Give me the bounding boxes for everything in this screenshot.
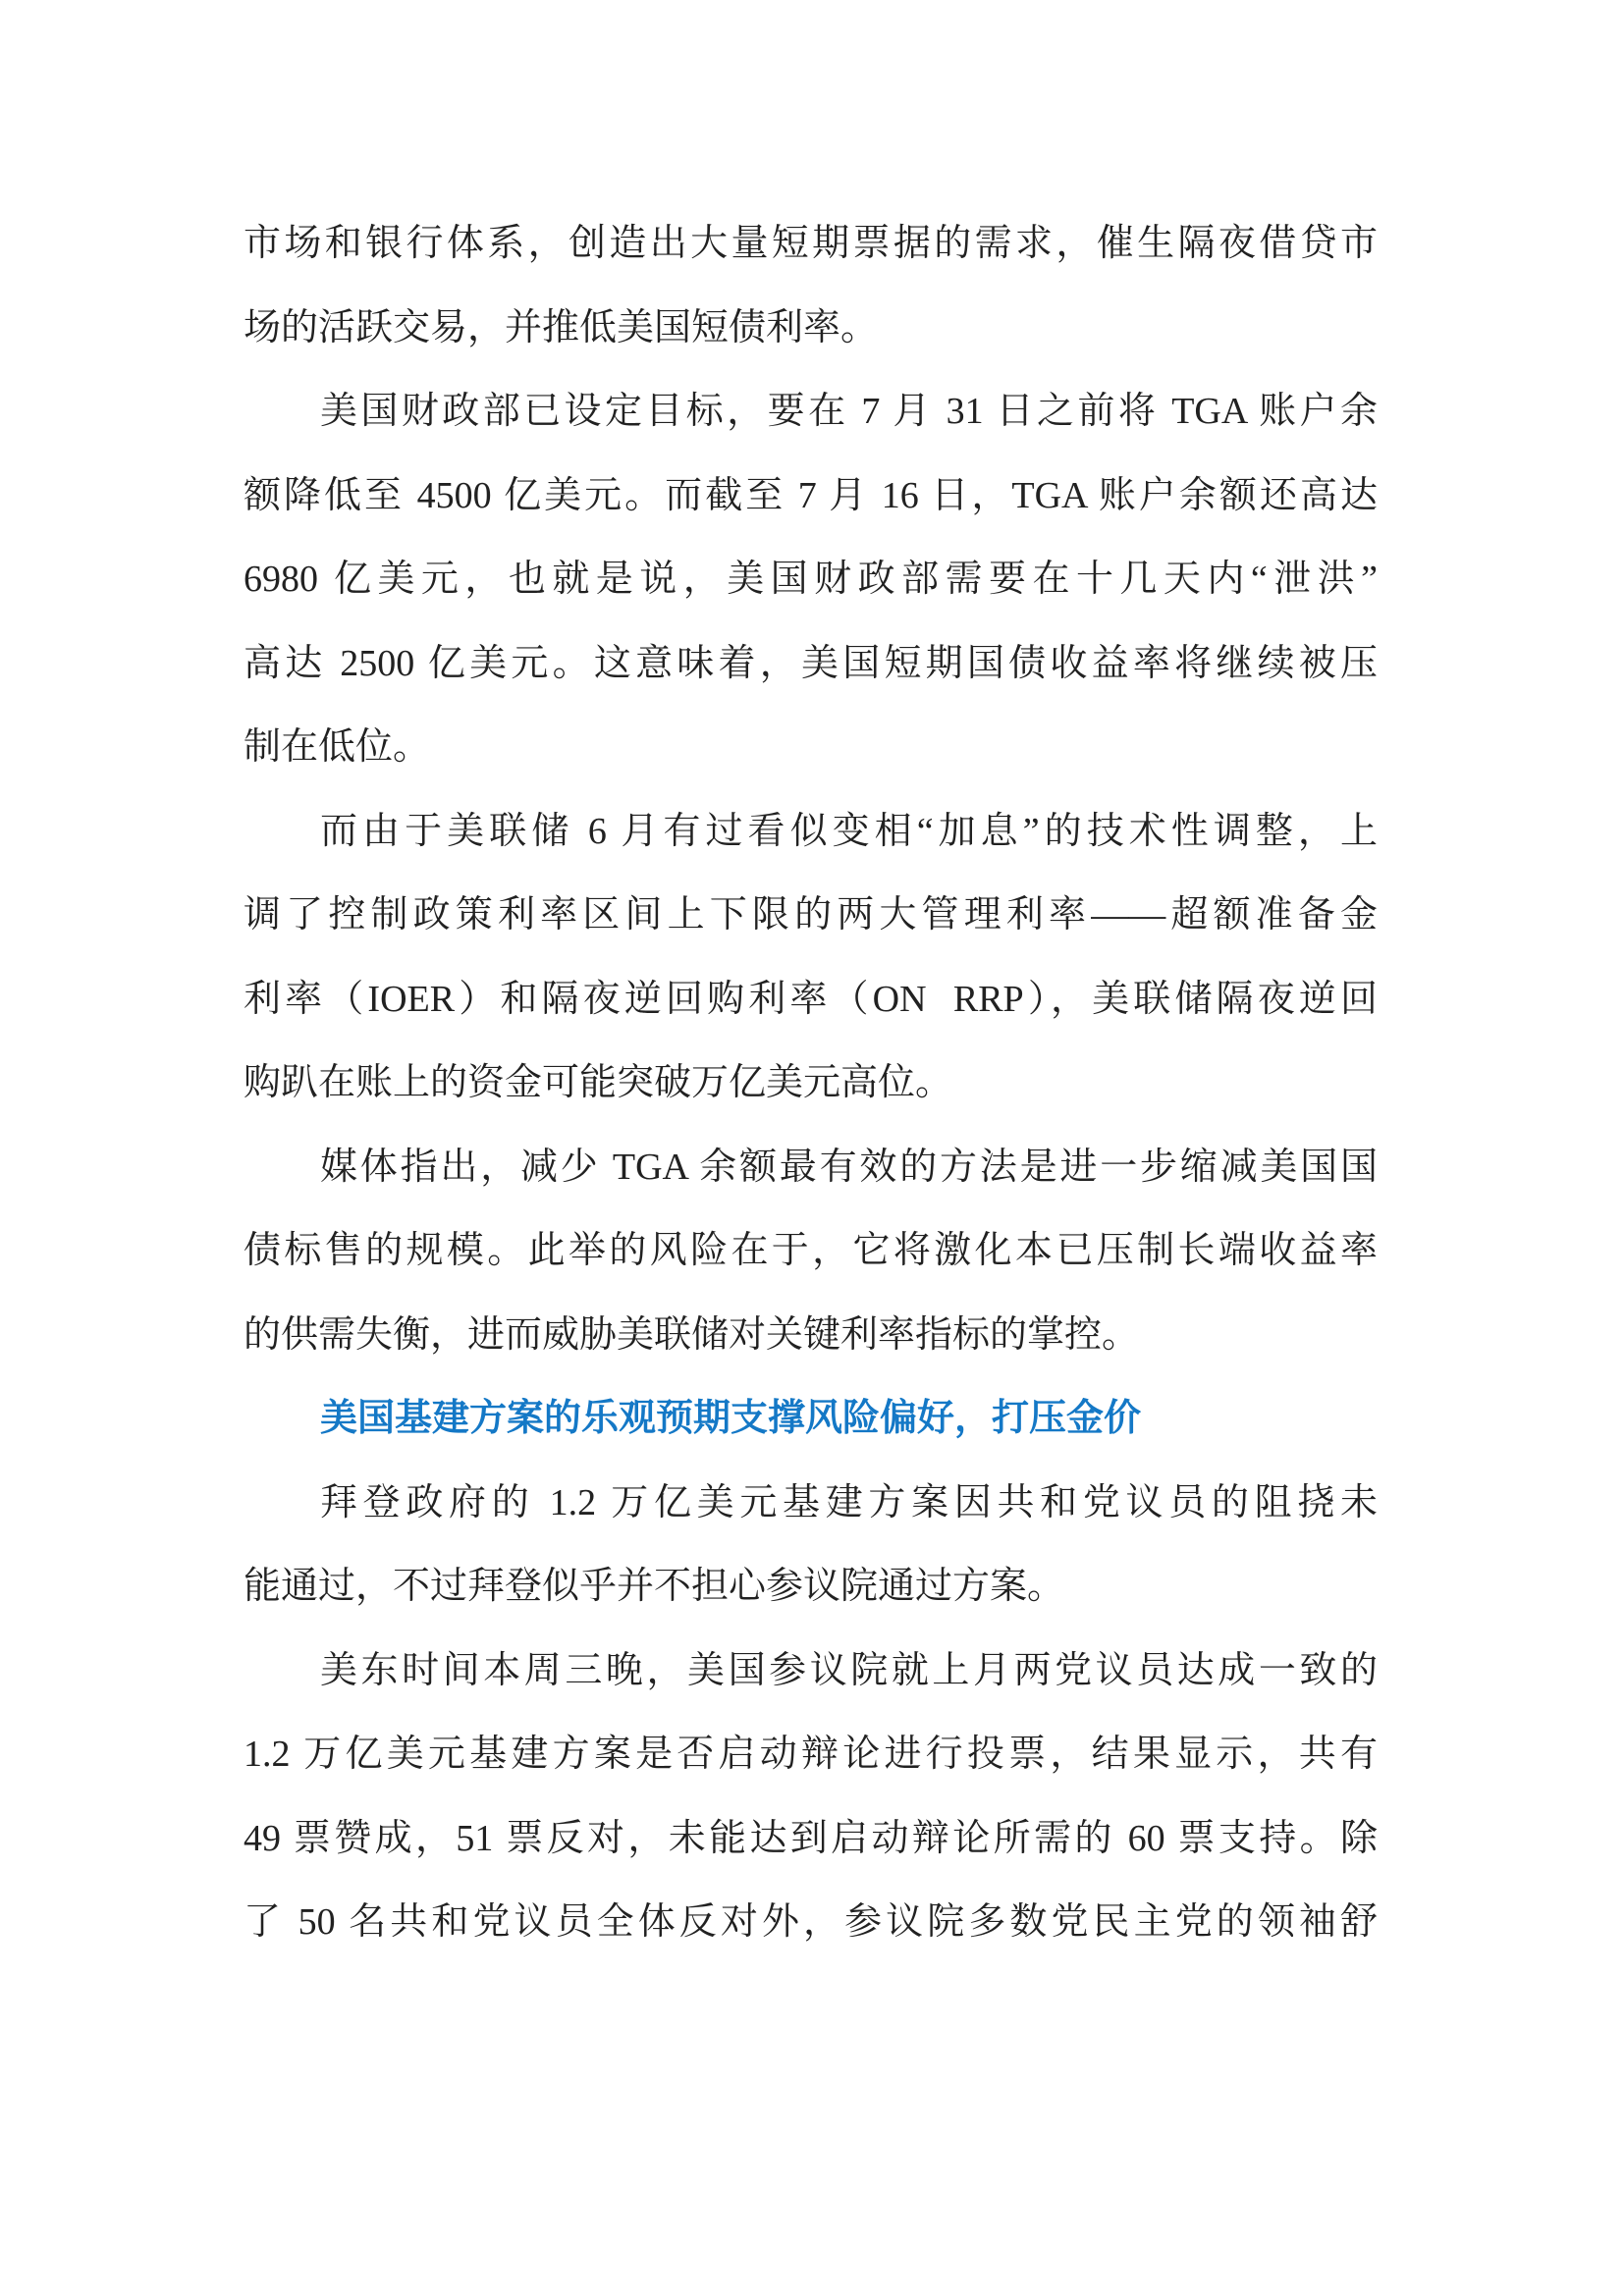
document-body: 市场和银行体系，创造出大量短期票据的需求，催生隔夜借贷市 场的活跃交易，并推低美… [244,202,1378,1965]
paragraph-line: 调了控制政策利率区间上下限的两大管理利率——超额准备金 [244,874,1378,958]
paragraph-line: 额降低至 4500 亿美元。而截至 7 月 16 日，TGA 账户余额还高达 [244,454,1378,539]
paragraph-line: 债标售的规模。此举的风险在于，它将激化本已压制长端收益率 [244,1209,1378,1294]
paragraph-line: 拜登政府的 1.2 万亿美元基建方案因共和党议员的阻挠未 [244,1462,1378,1546]
paragraph-line: 能通过，不过拜登似乎并不担心参议院通过方案。 [244,1545,1378,1629]
paragraph-line: 49 票赞成，51 票反对，未能达到启动辩论所需的 60 票支持。除 [244,1797,1378,1882]
document-page: 市场和银行体系，创造出大量短期票据的需求，催生隔夜借贷市 场的活跃交易，并推低美… [0,0,1624,2296]
paragraph-line: 美国财政部已设定目标，要在 7 月 31 日之前将 TGA 账户余 [244,370,1378,454]
paragraph-line: 制在低位。 [244,706,1378,790]
paragraph-line: 美东时间本周三晚，美国参议院就上月两党议员达成一致的 [244,1629,1378,1714]
paragraph-line: 购趴在账上的资金可能突破万亿美元高位。 [244,1041,1378,1126]
paragraph-line: 的供需失衡，进而威胁美联储对关键利率指标的掌控。 [244,1294,1378,1378]
paragraph-line: 了 50 名共和党议员全体反对外，参议院多数党民主党的领袖舒 [244,1881,1378,1965]
paragraph-line: 利率（IOER）和隔夜逆回购利率（ON RRP），美联储隔夜逆回 [244,958,1378,1042]
paragraph-line: 1.2 万亿美元基建方案是否启动辩论进行投票，结果显示，共有 [244,1713,1378,1797]
paragraph-line: 媒体指出，减少 TGA 余额最有效的方法是进一步缩减美国国 [244,1126,1378,1210]
paragraph-line: 市场和银行体系，创造出大量短期票据的需求，催生隔夜借贷市 [244,202,1378,287]
paragraph-line: 而由于美联储 6 月有过看似变相“加息”的技术性调整，上 [244,790,1378,875]
paragraph-line: 6980 亿美元，也就是说，美国财政部需要在十几天内“泄洪” [244,538,1378,622]
paragraph-line: 高达 2500 亿美元。这意味着，美国短期国债收益率将继续被压 [244,622,1378,707]
paragraph-line: 场的活跃交易，并推低美国短债利率。 [244,287,1378,371]
section-heading: 美国基建方案的乐观预期支撑风险偏好，打压金价 [244,1377,1378,1462]
